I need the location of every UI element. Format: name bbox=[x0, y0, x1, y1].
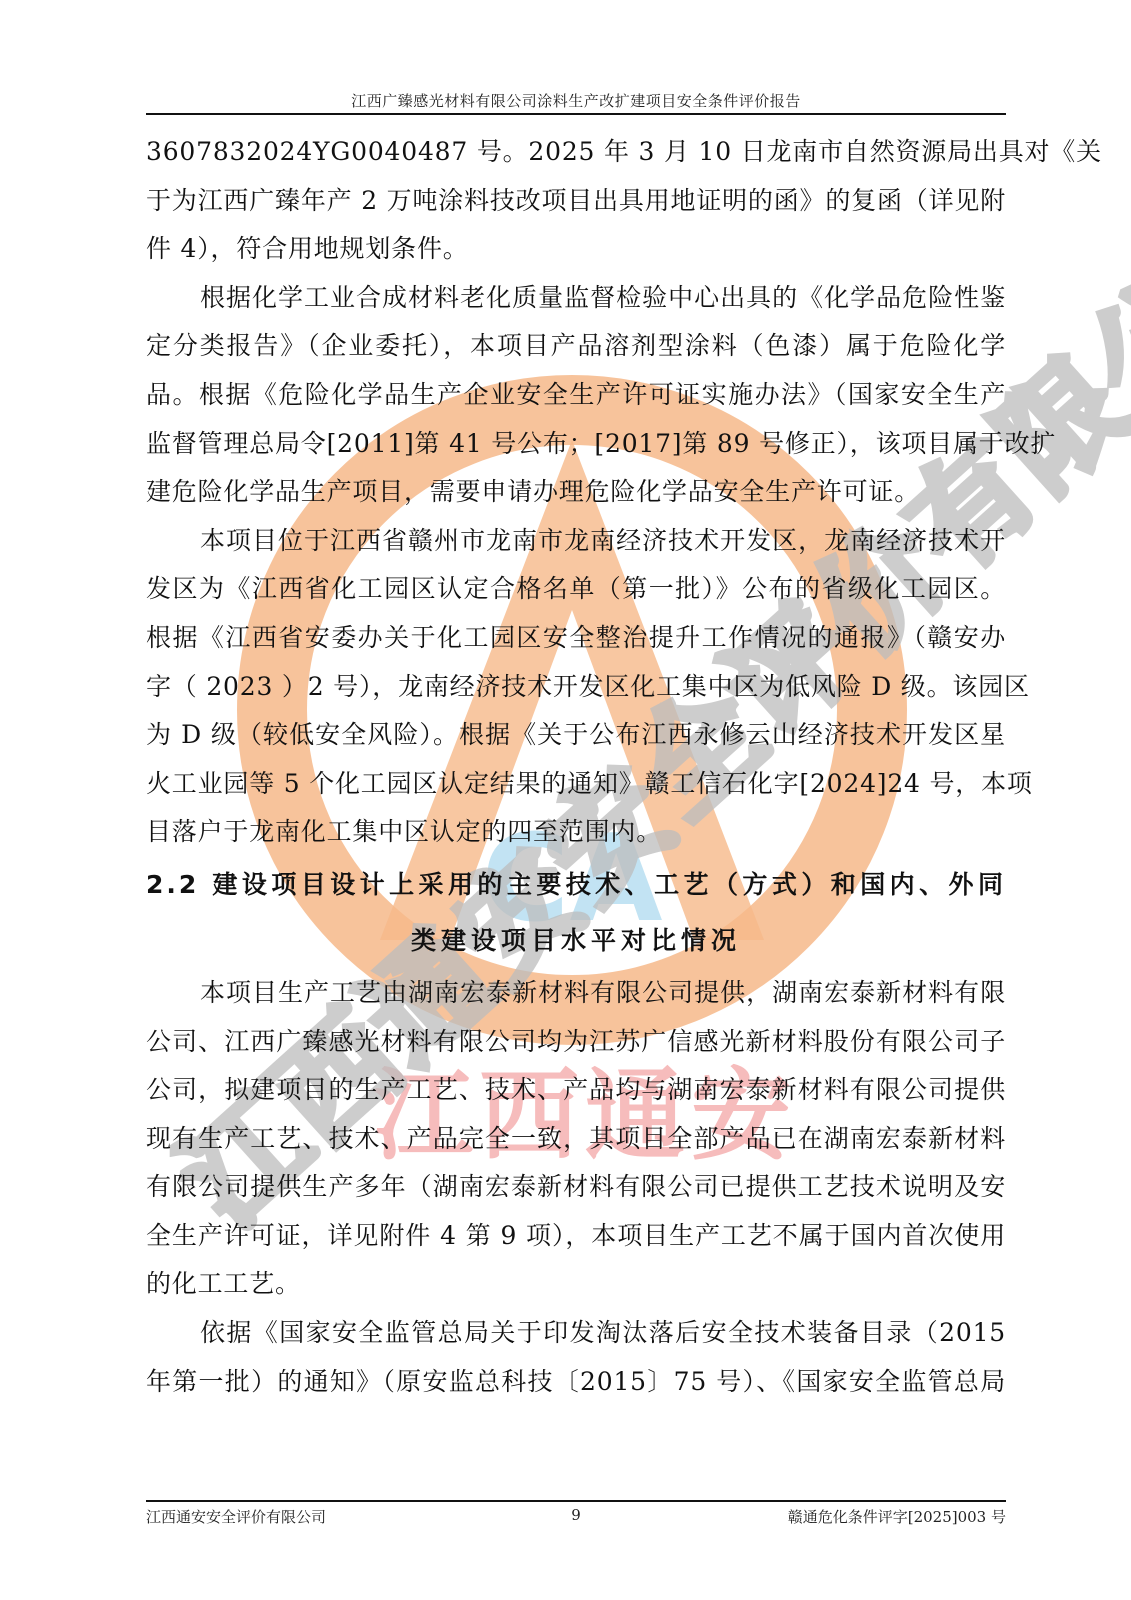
text-line: 公司，拟建项目的生产工艺、技术、产品均与湖南宏泰新材料有限公司提供 bbox=[146, 1066, 1006, 1115]
footer-company: 江西通安安全评价有限公司 bbox=[146, 1506, 326, 1527]
text-line: 发区为《江西省化工园区认定合格名单（第一批）》公布的省级化工园区。 bbox=[146, 565, 1006, 614]
header-rule bbox=[146, 113, 1006, 115]
body-text: 3607832024YG0040487 号。2025 年 3 月 10 日龙南市… bbox=[146, 128, 1006, 1406]
text-line: 字（ 2023 ）2 号），龙南经济技术开发区化工集中区为低风险 D 级。该园区 bbox=[146, 663, 1006, 712]
text-line: 3607832024YG0040487 号。2025 年 3 月 10 日龙南市… bbox=[146, 128, 1006, 177]
text-line: 于为江西广臻年产 2 万吨涂料技改项目出具用地证明的函》的复函（详见附 bbox=[146, 177, 1006, 226]
text-line: 监督管理总局令[2011]第 41 号公布；[2017]第 89 号修正），该项… bbox=[146, 420, 1006, 469]
text-line: 定分类报告》（企业委托），本项目产品溶剂型涂料（色漆）属于危险化学 bbox=[146, 322, 1006, 371]
text-line: 品。根据《危险化学品生产企业安全生产许可证实施办法》（国家安全生产 bbox=[146, 371, 1006, 420]
text-line: 现有生产工艺、技术、产品完全一致，其项目全部产品已在湖南宏泰新材料 bbox=[146, 1115, 1006, 1164]
text-line: 有限公司提供生产多年（湖南宏泰新材料有限公司已提供工艺技术说明及安 bbox=[146, 1163, 1006, 1212]
text-line: 火工业园等 5 个化工园区认定结果的通知》赣工信石化字[2024]24 号，本项 bbox=[146, 760, 1006, 809]
text-line: 公司、江西广臻感光材料有限公司均为江苏广信感光新材料股份有限公司子 bbox=[146, 1018, 1006, 1067]
text-line: 目落户于龙南化工集中区认定的四至范围内。 bbox=[146, 808, 1006, 857]
running-header: 江西广臻感光材料有限公司涂料生产改扩建项目安全条件评价报告 bbox=[146, 90, 1006, 111]
document-page: CA 江西通安 江西通安安全评价有限公司 江西广臻感光材料有限公司涂料生产改扩建… bbox=[0, 0, 1131, 1600]
text-line: 件 4），符合用地规划条件。 bbox=[146, 225, 1006, 274]
footer-rule bbox=[146, 1500, 1006, 1502]
text-line: 根据《江西省安委办关于化工园区安全整治提升工作情况的通报》（赣安办 bbox=[146, 614, 1006, 663]
text-line: 全生产许可证，详见附件 4 第 9 项），本项目生产工艺不属于国内首次使用 bbox=[146, 1212, 1006, 1261]
text-line: 本项目位于江西省赣州市龙南市龙南经济技术开发区，龙南经济技术开 bbox=[146, 517, 1006, 566]
text-line: 本项目生产工艺由湖南宏泰新材料有限公司提供，湖南宏泰新材料有限 bbox=[146, 969, 1006, 1018]
text-line: 依据《国家安全监管总局关于印发淘汰落后安全技术装备目录（2015 bbox=[146, 1309, 1006, 1358]
text-line: 年第一批）的通知》（原安监总科技〔2015〕75 号）、《国家安全监管总局 bbox=[146, 1358, 1006, 1407]
text-line: 根据化学工业合成材料老化质量监督检验中心出具的《化学品危险性鉴 bbox=[146, 274, 1006, 323]
text-line: 为 D 级（较低安全风险）。根据《关于公布江西永修云山经济技术开发区星 bbox=[146, 711, 1006, 760]
page-number: 9 bbox=[566, 1506, 586, 1524]
section-heading: 2.2 建设项目设计上采用的主要技术、工艺（方式）和国内、外同 bbox=[146, 857, 1006, 913]
text-line: 建危险化学品生产项目，需要申请办理危险化学品安全生产许可证。 bbox=[146, 468, 1006, 517]
footer-doc-number: 赣通危化条件评字[2025]003 号 bbox=[788, 1506, 1006, 1527]
section-heading-continued: 类建设项目水平对比情况 bbox=[146, 913, 1006, 969]
text-line: 的化工工艺。 bbox=[146, 1260, 1006, 1309]
